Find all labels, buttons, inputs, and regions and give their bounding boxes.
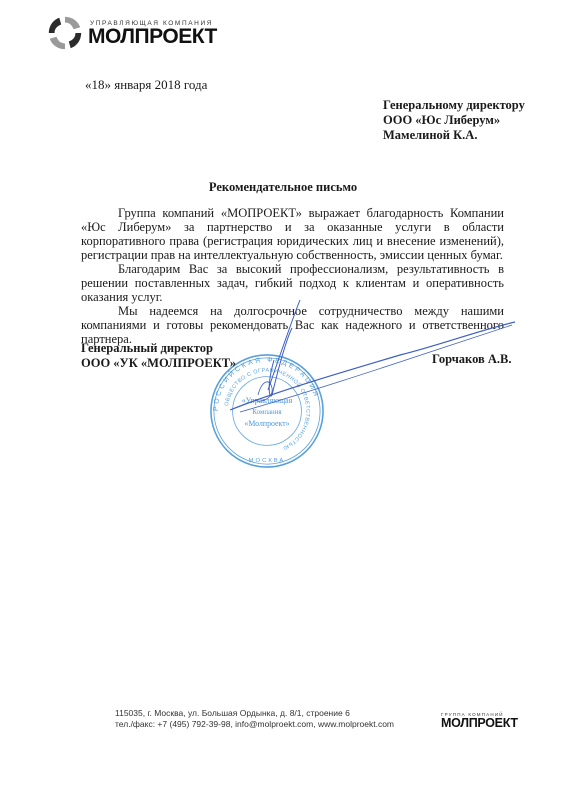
- addressee-position: Генеральному директору: [383, 98, 525, 113]
- footer-contacts: 115035, г. Москва, ул. Большая Ордынка, …: [115, 708, 394, 730]
- signatory-block: Генеральный директор ООО «УК «МОЛПРОЕКТ»: [81, 341, 236, 370]
- stamp-center-line3: «Молпроект»: [244, 419, 289, 428]
- footer-address-line: 115035, г. Москва, ул. Большая Ордынка, …: [115, 708, 394, 719]
- swirl-logo-icon: [46, 14, 84, 52]
- stamp-city: МОСКВА: [249, 458, 286, 464]
- footer-logo: Группа компаний МОЛПРОЕКТ: [441, 712, 518, 729]
- paragraph-thanks: Благодарим Вас за высокий профессионализ…: [81, 262, 504, 304]
- letter-title: Рекомендательное письмо: [0, 180, 566, 195]
- addressee-name: Мамелиной К.А.: [383, 128, 525, 143]
- signatory-name: Горчаков А.В.: [432, 352, 512, 367]
- signatory-company: ООО «УК «МОЛПРОЕКТ»: [81, 356, 236, 371]
- addressee-block: Генеральному директору ООО «Юс Либерум» …: [383, 98, 525, 143]
- paragraph-gratitude: Группа компаний «МОПРОЕКТ» выражает благ…: [81, 206, 504, 262]
- footer-contact-line: тел./факс: +7 (495) 792-39-98, info@molp…: [115, 719, 394, 730]
- letter-date: «18» января 2018 года: [85, 77, 207, 93]
- logo-name: МОЛПРОЕКТ: [88, 27, 217, 47]
- company-logo: Управляющая компания МОЛПРОЕКТ: [46, 14, 217, 52]
- signatory-position: Генеральный директор: [81, 341, 236, 356]
- footer-logo-name: МОЛПРОЕКТ: [441, 717, 518, 729]
- addressee-company: ООО «Юс Либерум»: [383, 113, 525, 128]
